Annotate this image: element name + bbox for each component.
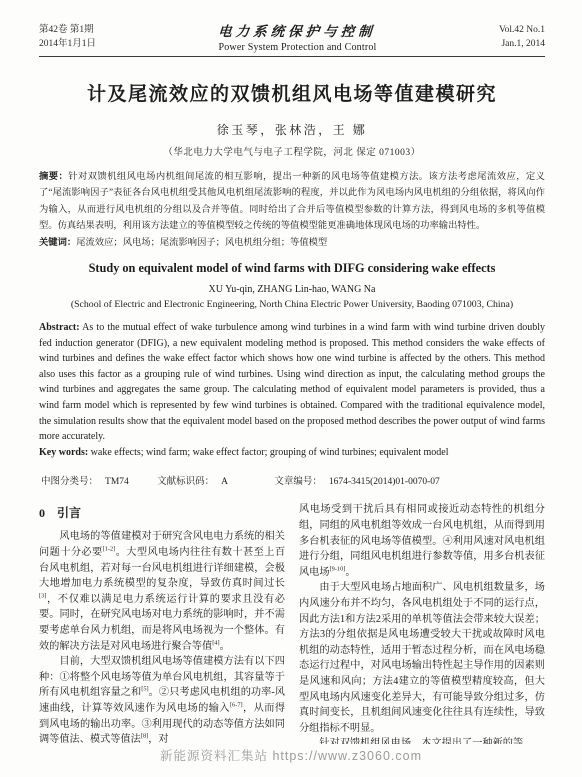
authors-en: XU Yu-qin, ZHANG Lin-hao, WANG Na: [39, 284, 545, 295]
watermark: 新能源资料汇集站 https://www.z3060.com: [0, 746, 582, 764]
abstract-cn-text: 针对双馈机组风电场内机组间尾流的相互影响，提出一种新的风电场等值建模方法。该方法…: [39, 172, 545, 231]
keywords-cn-text: 尾流效应；风电场；尾流影响因子；风电机组分组；等值模型: [76, 238, 327, 248]
keywords-cn-label: 关键词：: [39, 238, 76, 248]
abstract-en-label: Abstract:: [39, 322, 80, 333]
section-heading-introduction: 0 引言: [39, 504, 285, 521]
keywords-cn: 关键词：尾流效应；风电场；尾流影响因子；风电机组分组；等值模型: [39, 235, 545, 251]
body-columns: 0 引言 风电场的等值建模对于研究含风电电力系统的相关问题十分必要[1-2]。大…: [39, 502, 545, 744]
doc-code-value: A: [221, 477, 228, 487]
right-column: 风电场受到干扰后具有相同或接近动态特性的机组分组，同组的风电机组等效成一台风电机…: [299, 502, 545, 744]
article-id-group: 文章编号：1674-3415(2014)01-0070-07: [274, 477, 439, 487]
journal-name-block: 电力系统保护与控制 Power System Protection and Co…: [218, 20, 376, 53]
journal-name-en: Power System Protection and Control: [218, 42, 376, 53]
body-paragraph: 由于大型风电场占地面积广、风电机组数量多，场内风速分布并不均匀，各风电机组处于不…: [299, 580, 545, 736]
left-column: 0 引言 风电场的等值建模对于研究含风电电力系统的相关问题十分必要[1-2]。大…: [39, 502, 285, 744]
doc-code-label: 文献标识码：: [157, 477, 214, 487]
article-id-value: 1674-3415(2014)01-0070-07: [329, 477, 440, 487]
issue-info-en: Vol.42 No.1 Jan.1, 2014: [499, 23, 545, 51]
issue-info-cn: 第42卷 第1期 2014年1月1日: [39, 23, 96, 51]
volume-issue-en: Vol.42 No.1: [499, 23, 545, 37]
keywords-en: Key words: wake effects; wind farm; wake…: [39, 445, 545, 461]
article-id-label: 文章编号：: [274, 477, 322, 487]
body-paragraph: 风电场的等值建模对于研究含风电电力系统的相关问题十分必要[1-2]。大型风电场内…: [39, 529, 285, 654]
classification-line: 中图分类号：TM74 文献标识码：A 文章编号：1674-3415(2014)0…: [41, 473, 545, 487]
paper-title-en: Study on equivalent model of wind farms …: [39, 261, 545, 276]
abstract-en-text: As to the mutual effect of wake turbulen…: [39, 322, 545, 442]
clc-group: 中图分类号：TM74: [41, 477, 129, 487]
clc-value: TM74: [105, 477, 129, 487]
abstract-en: Abstract: As to the mutual effect of wak…: [39, 320, 545, 445]
affiliation-en: (School of Electric and Electronic Engin…: [39, 299, 545, 310]
doc-code-group: 文献标识码：A: [157, 477, 228, 487]
journal-name-cn: 电力系统保护与控制: [218, 20, 378, 40]
affiliation-cn: （华北电力大学电气与电子工程学院，河北 保定 071003）: [39, 144, 545, 158]
keywords-en-label: Key words:: [39, 447, 88, 458]
issue-date-en: Jan.1, 2014: [499, 37, 545, 51]
keywords-en-text: wake effects; wind farm; wake effect fac…: [91, 447, 449, 458]
abstract-cn: 摘要：针对双馈机组风电场内机组间尾流的相互影响，提出一种新的风电场等值建模方法。…: [39, 169, 545, 235]
body-paragraph: 风电场受到干扰后具有相同或接近动态特性的机组分组，同组的风电机组等效成一台风电机…: [299, 502, 545, 580]
abstract-cn-label: 摘要：: [39, 172, 68, 182]
issue-date-cn: 2014年1月1日: [39, 37, 96, 51]
authors-cn: 徐玉琴，张林浩，王 娜: [39, 121, 545, 138]
volume-issue-cn: 第42卷 第1期: [39, 23, 96, 37]
paper-title-cn: 计及尾流效应的双馈机组风电场等值建模研究: [39, 79, 545, 106]
paper-page: 第42卷 第1期 2014年1月1日 电力系统保护与控制 Power Syste…: [0, 0, 582, 777]
body-paragraph: 目前，大型双馈机组风电场等值建模方法有以下四种：①将整个风电场等值为单台风电机组…: [39, 654, 285, 744]
clc-label: 中图分类号：: [41, 477, 98, 487]
journal-header: 第42卷 第1期 2014年1月1日 电力系统保护与控制 Power Syste…: [39, 20, 545, 53]
header-divider: [39, 56, 545, 57]
body-paragraph: 针对双馈机组风电场，本文提出了一种新的等: [299, 736, 545, 744]
